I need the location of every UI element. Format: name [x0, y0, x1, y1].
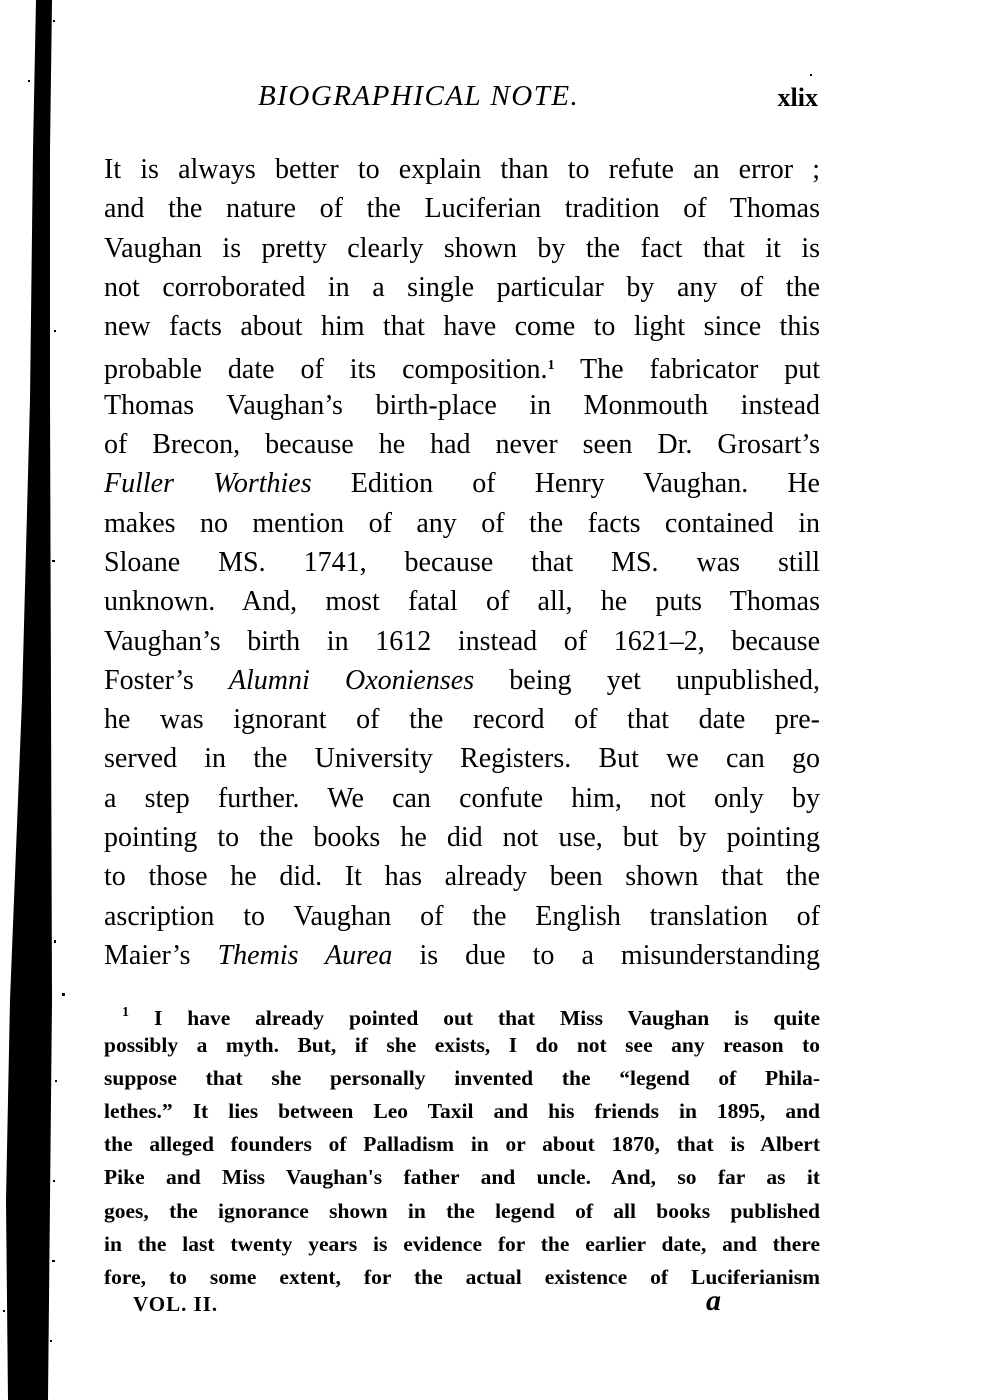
text-line: served in the University Registers. But …: [104, 739, 820, 778]
footnote-line: possibly a myth. But, if she exists, I d…: [104, 1029, 820, 1062]
page-number: xlix: [778, 83, 818, 113]
book-title-italic: Alumni Oxonienses: [229, 665, 474, 696]
text-line: Vaughan’s birth in 1612 instead of 1621–…: [104, 622, 820, 661]
text-line: and the nature of the Luciferian traditi…: [104, 189, 820, 228]
scan-speck: [62, 993, 65, 996]
footnote-line: in the last twenty years is evidence for…: [104, 1228, 820, 1261]
text-line: he was ignorant of the record of that da…: [104, 700, 820, 739]
footnote-line: Pike and Miss Vaughan's father and uncle…: [104, 1161, 820, 1194]
footnote-line: suppose that she personally invented the…: [104, 1062, 820, 1095]
footnote-line: 1 I have already pointed out that Miss V…: [104, 996, 820, 1029]
footnote-line: goes, the ignorance shown in the legend …: [104, 1195, 820, 1228]
footnote-reference[interactable]: 1: [548, 358, 555, 373]
signature-mark: a: [706, 1284, 721, 1318]
book-title-italic: Themis Aurea: [218, 940, 393, 971]
text-line: probable date of its composition.1 The f…: [104, 346, 820, 385]
text-line: unknown. And, most fatal of all, he puts…: [104, 582, 820, 621]
footnote-marker: 1: [122, 1005, 129, 1020]
scan-speck: [810, 74, 812, 76]
body-text: It is always better to explain than to r…: [104, 150, 820, 975]
text-line: Thomas Vaughan’s birth-place in Monmouth…: [104, 386, 820, 425]
footnote-line: lethes.” It lies between Leo Taxil and h…: [104, 1095, 820, 1128]
text-line: a step further. We can confute him, not …: [104, 779, 820, 818]
binding-shadow-icon: [0, 0, 60, 1400]
running-head: BIOGRAPHICAL NOTE. xlix: [100, 80, 820, 120]
text-line: ascription to Vaughan of the English tra…: [104, 897, 820, 936]
text-line: Foster’s Alumni Oxonienses being yet unp…: [104, 661, 820, 700]
scan-binding-edge: [0, 0, 60, 1400]
text-line: new facts about him that have come to li…: [104, 307, 820, 346]
book-title-italic: Fuller Worthies: [104, 468, 312, 499]
volume-signature: VOL. II.: [133, 1292, 218, 1317]
footnote-line: the alleged founders of Palladism in or …: [104, 1128, 820, 1161]
text-line: Fuller Worthies Edition of Henry Vaughan…: [104, 464, 820, 503]
footnote: 1 I have already pointed out that Miss V…: [104, 996, 820, 1294]
text-line: not corroborated in a single particular …: [104, 268, 820, 307]
text-line: Maier’s Themis Aurea is due to a misunde…: [104, 936, 820, 975]
text-line: pointing to the books he did not use, bu…: [104, 818, 820, 857]
text-line: makes no mention of any of the facts con…: [104, 504, 820, 543]
running-title: BIOGRAPHICAL NOTE.: [258, 80, 579, 113]
text-line: It is always better to explain than to r…: [104, 150, 820, 189]
text-line: Vaughan is pretty clearly shown by the f…: [104, 229, 820, 268]
text-line: Sloane MS. 1741, because that MS. was st…: [104, 543, 820, 582]
text-line: to those he did. It has already been sho…: [104, 857, 820, 896]
text-line: of Brecon, because he had never seen Dr.…: [104, 425, 820, 464]
